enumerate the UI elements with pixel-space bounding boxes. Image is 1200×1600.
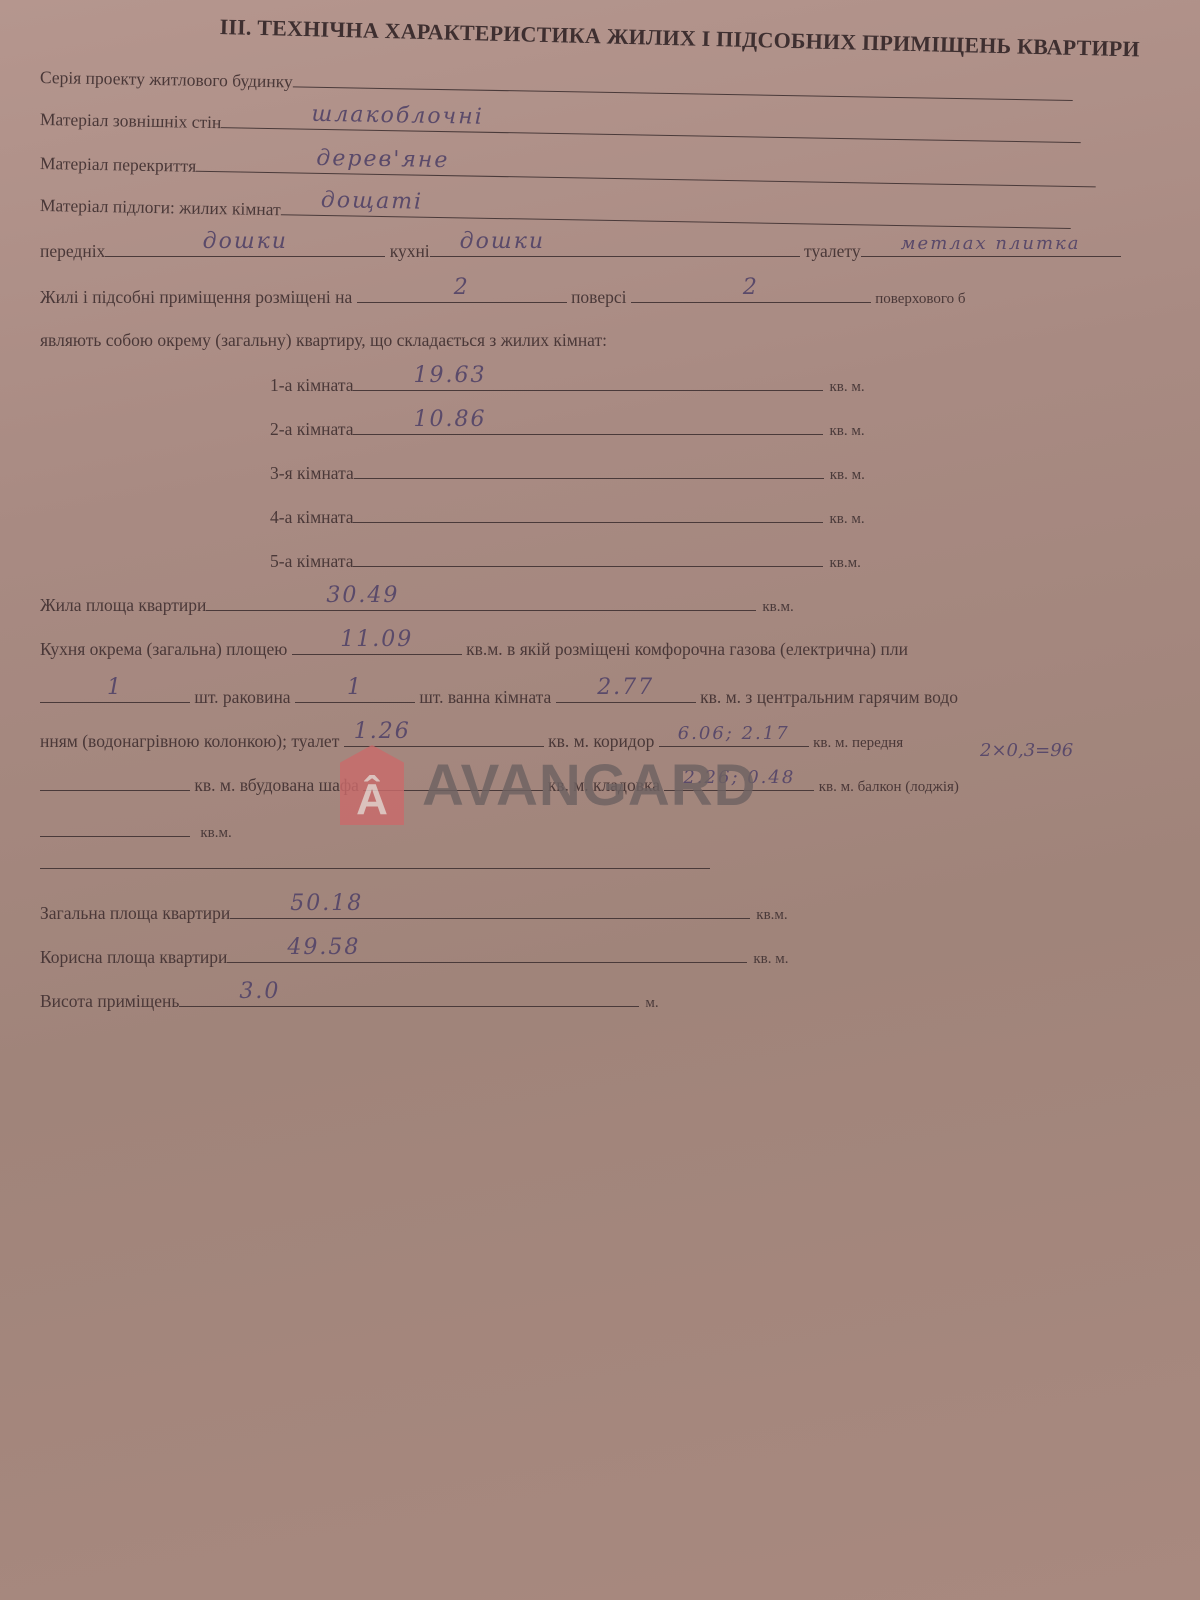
toilet-floor-field: метлах плитка	[861, 236, 1121, 257]
room-area-field: 10.86	[353, 414, 823, 435]
balcony-area-field	[40, 816, 190, 837]
total-row: Загальна площа квартири50.18кв.м.	[40, 898, 788, 924]
living-area-field: 30.49	[206, 590, 756, 611]
watermark-text: AVANGARD	[422, 752, 757, 819]
kitchen-floor-field: дошки	[430, 236, 800, 257]
balcony-row: кв.м.	[40, 816, 232, 842]
bathroom-area-field: 2.77	[556, 682, 696, 703]
room-row: 1-а кімната19.63кв. м.	[270, 370, 865, 396]
project-series-field	[293, 66, 1073, 101]
toilet-area-field: 1.26	[344, 726, 544, 747]
total-row: Висота приміщень3.0м.	[40, 986, 659, 1012]
room-row: 3-я кімнатакв. м.	[270, 458, 865, 484]
room-row: 4-а кімнатакв. м.	[270, 502, 865, 528]
floor-location-row: Жилі і підсобні приміщення розміщені на …	[40, 282, 966, 308]
total-value-field: 50.18	[230, 898, 750, 919]
total-value-field: 49.58	[227, 942, 747, 963]
separator-line	[40, 868, 710, 869]
hallway-floor-field: дошки	[105, 236, 385, 257]
room-floor-field: дощаті	[281, 194, 1071, 229]
fixtures-row: 1 шт. раковина 1 шт. ванна кімната 2.77 …	[40, 682, 958, 708]
room-area-field	[353, 546, 823, 567]
room-row: 2-а кімната10.86кв. м.	[270, 414, 865, 440]
handwritten-annotation: 2×0,3=96	[980, 740, 1073, 761]
document-title: III. ТЕХНІЧНА ХАРАКТЕРИСТИКА ЖИЛИХ І ПІД…	[219, 14, 1200, 64]
kitchen-row: Кухня окрема (загальна) площею 11.09 кв.…	[40, 634, 908, 660]
wall-material-field: шлакоблочні	[221, 107, 1081, 143]
room-area-field	[354, 458, 824, 479]
sink-count-field: 1	[295, 682, 415, 703]
avangard-logo-icon: Â	[340, 745, 404, 825]
total-value-field: 3.0	[179, 986, 639, 1007]
ceiling-material-field: дерев'яне	[196, 151, 1096, 188]
document-page: III. ТЕХНІЧНА ХАРАКТЕРИСТИКА ЖИЛИХ І ПІД…	[0, 0, 1200, 1600]
stove-count-field: 1	[40, 682, 190, 703]
room-row: 5-а кімнатакв.м.	[270, 546, 861, 572]
room-area-field	[353, 502, 823, 523]
living-area-row: Жила площа квартири30.49кв.м.	[40, 590, 794, 616]
watermark: Â AVANGARD	[340, 745, 757, 825]
floor-number-field: 2	[357, 282, 567, 303]
project-series-row: Серія проекту житлового будинку	[40, 62, 1073, 106]
kitchen-area-field: 11.09	[292, 634, 462, 655]
apartment-description: являють собою окрему (загальну) квартиру…	[40, 330, 607, 351]
ceiling-material-row: Матеріал перекриттядерев'яне	[40, 148, 1097, 192]
room-area-field: 19.63	[353, 370, 823, 391]
wall-material-row: Матеріал зовнішніх стіншлакоблочні	[40, 104, 1082, 148]
hall-area-field	[40, 770, 190, 791]
room-floor-row: Матеріал підлоги: жилих кімнатдощаті	[40, 190, 1071, 234]
corridor-area-field: 6.06; 2.17	[659, 726, 809, 747]
floor-coverings-row: передніхдошки кухнідошки туалетуметлах п…	[40, 236, 1121, 262]
total-row: Корисна площа квартири49.58кв. м.	[40, 942, 788, 968]
building-floors-field: 2	[631, 282, 871, 303]
